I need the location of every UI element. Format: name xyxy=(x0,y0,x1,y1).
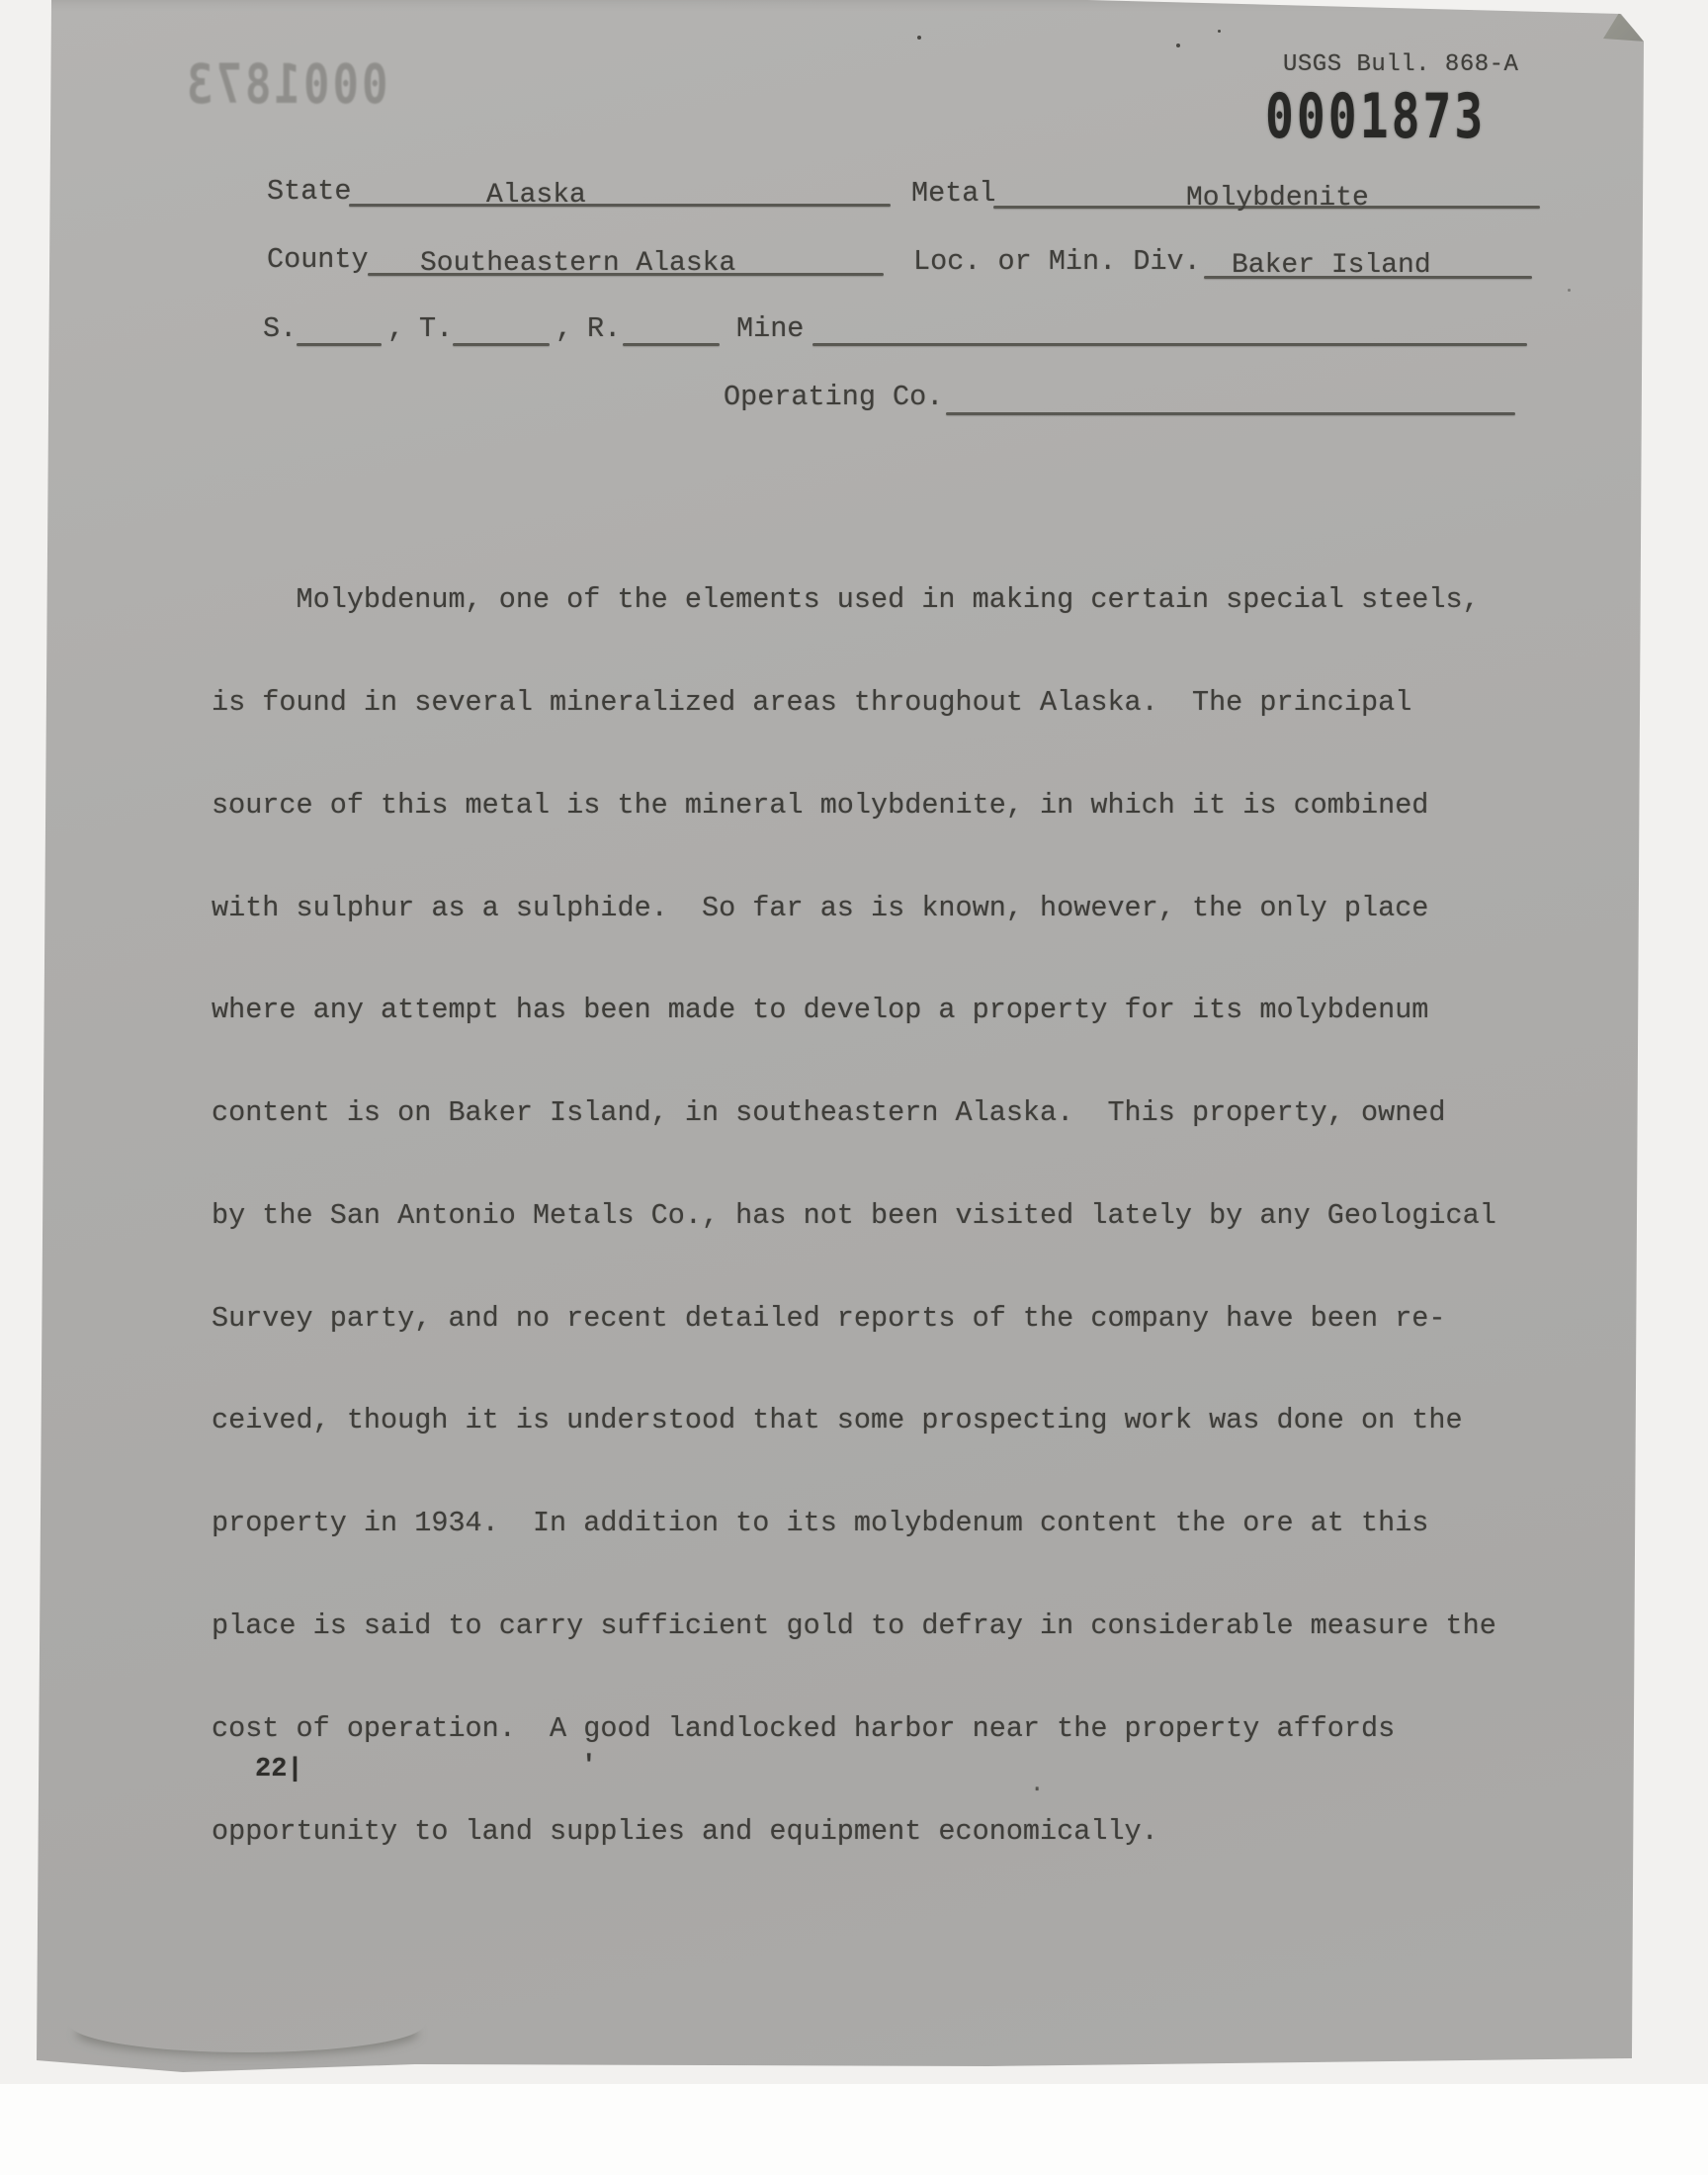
paper-fold-shadow xyxy=(69,1995,425,2052)
dust-speck xyxy=(1568,289,1571,292)
loc-or-min-div-field-label: Loc. or Min. Div. xyxy=(913,247,1201,277)
folded-corner xyxy=(1601,8,1647,45)
body-line: is found in several mineralized areas th… xyxy=(212,686,1526,721)
section-field-underline xyxy=(297,343,382,346)
page-number: 22| xyxy=(255,1755,303,1784)
stray-tick-mark: ' xyxy=(581,1750,597,1780)
body-line: property in 1934. In addition to its mol… xyxy=(212,1507,1526,1541)
metal-field-label: Metal xyxy=(911,179,996,209)
state-field-underline xyxy=(349,204,891,207)
state-field-label: State xyxy=(267,177,352,207)
county-field-value: Southeastern Alaska xyxy=(420,249,735,279)
operating-co-field-label: Operating Co. xyxy=(724,383,943,412)
scanner-background-band xyxy=(0,2084,1708,2175)
bulletin-reference: USGS Bull. 868-A xyxy=(1283,51,1518,78)
body-line: content is on Baker Island, in southeast… xyxy=(212,1096,1526,1131)
body-line: where any attempt has been made to devel… xyxy=(212,994,1526,1028)
township-field-underline xyxy=(453,343,550,346)
operating-co-field-underline xyxy=(946,412,1515,415)
state-field-value: Alaska xyxy=(486,181,586,211)
section-field-label: S. xyxy=(263,314,297,344)
body-line: cost of operation. A good landlocked har… xyxy=(212,1712,1526,1747)
body-line: Survey party, and no recent detailed rep… xyxy=(212,1302,1526,1337)
body-line: by the San Antonio Metals Co., has not b… xyxy=(212,1199,1526,1234)
dust-speck xyxy=(917,36,921,40)
mine-field-label: Mine xyxy=(736,314,804,344)
dust-speck xyxy=(1218,30,1221,33)
body-line: place is said to carry sufficient gold t… xyxy=(212,1609,1526,1644)
scanned-document-page: { "doc": { "header": { "bulletin_ref": "… xyxy=(0,0,1708,2175)
paper-sheet: 0001873 USGS Bull. 868-A 0001873 State A… xyxy=(0,0,1708,2175)
range-field-underline xyxy=(623,343,720,346)
metal-field-value: Molybdenite xyxy=(1186,184,1369,214)
dust-speck xyxy=(229,807,232,810)
county-field-label: County xyxy=(267,245,369,275)
loc-or-min-div-field-value: Baker Island xyxy=(1232,251,1431,281)
mirrored-stamp-number: 0001873 xyxy=(184,53,387,117)
township-field-label: T. xyxy=(419,314,453,344)
separator-comma: , xyxy=(387,314,404,344)
mine-field-underline xyxy=(812,343,1527,346)
body-line: ceived, though it is understood that som… xyxy=(212,1404,1526,1438)
range-field-label: R. xyxy=(587,314,621,344)
stray-dot-mark: . xyxy=(1030,1772,1044,1798)
body-line: Molybdenum, one of the elements used in … xyxy=(212,583,1526,618)
separator-comma: , xyxy=(555,314,572,344)
body-line: opportunity to land supplies and equipme… xyxy=(212,1815,1526,1850)
body-line: with sulphur as a sulphide. So far as is… xyxy=(212,892,1526,926)
accession-stamp-number: 0001873 xyxy=(1265,81,1486,153)
body-paragraph: Molybdenum, one of the elements used in … xyxy=(212,515,1526,1917)
body-line: source of this metal is the mineral moly… xyxy=(212,789,1526,824)
dust-speck xyxy=(1176,43,1180,47)
